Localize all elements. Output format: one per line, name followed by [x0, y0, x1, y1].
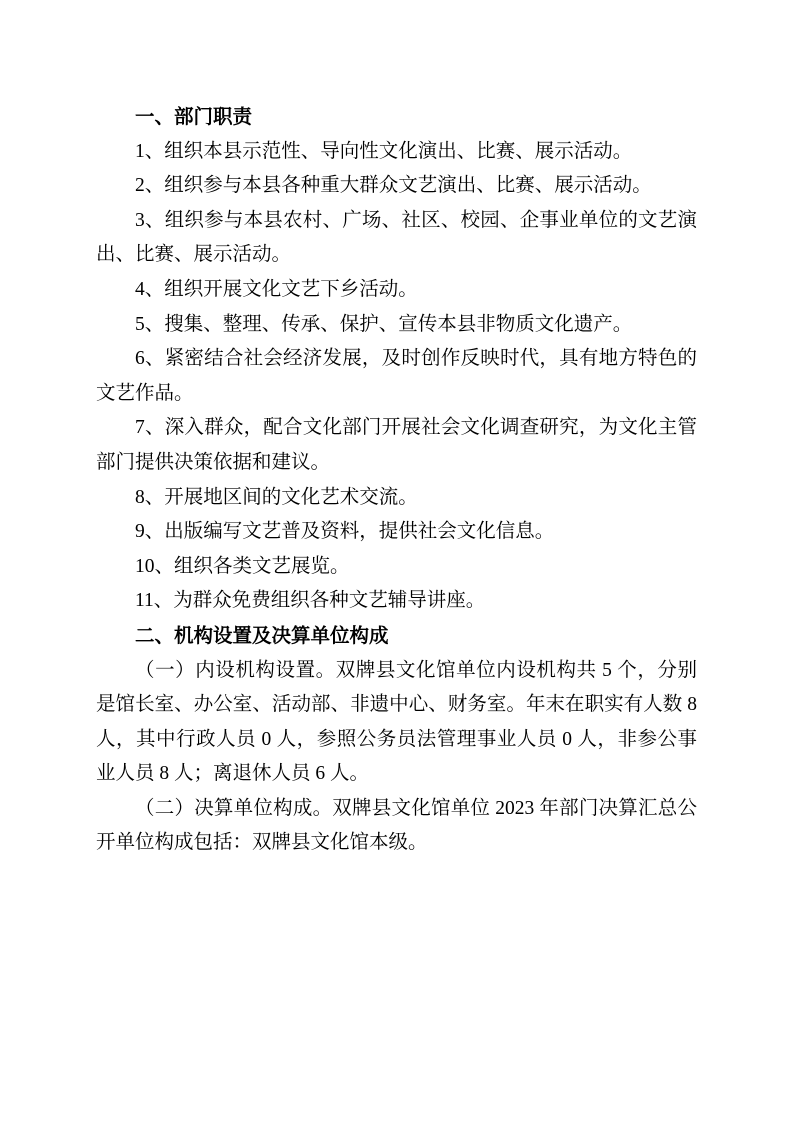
- paragraph: 3、组织参与本县农村、广场、社区、校园、企事业单位的文艺演出、比赛、展示活动。: [96, 204, 697, 273]
- paragraph: 11、为群众免费组织各种文艺辅导讲座。: [96, 584, 697, 619]
- document-content: 一、部门职责 1、组织本县示范性、导向性文化演出、比赛、展示活动。2、组织参与本…: [96, 100, 697, 861]
- paragraph: 2、组织参与本县各种重大群众文艺演出、比赛、展示活动。: [96, 169, 697, 204]
- section-organization: 二、机构设置及决算单位构成 （一）内设机构设置。双牌县文化馆单位内设机构共 5 …: [96, 619, 697, 861]
- section-heading-organization: 二、机构设置及决算单位构成: [96, 619, 697, 654]
- paragraph: 5、搜集、整理、传承、保护、宣传本县非物质文化遗产。: [96, 308, 697, 343]
- paragraph: 10、组织各类文艺展览。: [96, 550, 697, 585]
- section-organization-body: （一）内设机构设置。双牌县文化馆单位内设机构共 5 个，分别是馆长室、办公室、活…: [96, 654, 697, 862]
- section-heading-duties: 一、部门职责: [96, 100, 697, 135]
- paragraph: （二）决算单位构成。双牌县文化馆单位 2023 年部门决算汇总公开单位构成包括：…: [96, 792, 697, 861]
- paragraph: 7、深入群众，配合文化部门开展社会文化调查研究，为文化主管部门提供决策依据和建议…: [96, 411, 697, 480]
- paragraph: 4、组织开展文化文艺下乡活动。: [96, 273, 697, 308]
- paragraph: 8、开展地区间的文化艺术交流。: [96, 481, 697, 516]
- paragraph: 1、组织本县示范性、导向性文化演出、比赛、展示活动。: [96, 135, 697, 170]
- section-duties: 一、部门职责 1、组织本县示范性、导向性文化演出、比赛、展示活动。2、组织参与本…: [96, 100, 697, 619]
- paragraph: （一）内设机构设置。双牌县文化馆单位内设机构共 5 个，分别是馆长室、办公室、活…: [96, 654, 697, 792]
- paragraph: 6、紧密结合社会经济发展，及时创作反映时代，具有地方特色的文艺作品。: [96, 342, 697, 411]
- document-page: 一、部门职责 1、组织本县示范性、导向性文化演出、比赛、展示活动。2、组织参与本…: [0, 0, 793, 1122]
- section-duties-body: 1、组织本县示范性、导向性文化演出、比赛、展示活动。2、组织参与本县各种重大群众…: [96, 135, 697, 619]
- paragraph: 9、出版编写文艺普及资料，提供社会文化信息。: [96, 515, 697, 550]
